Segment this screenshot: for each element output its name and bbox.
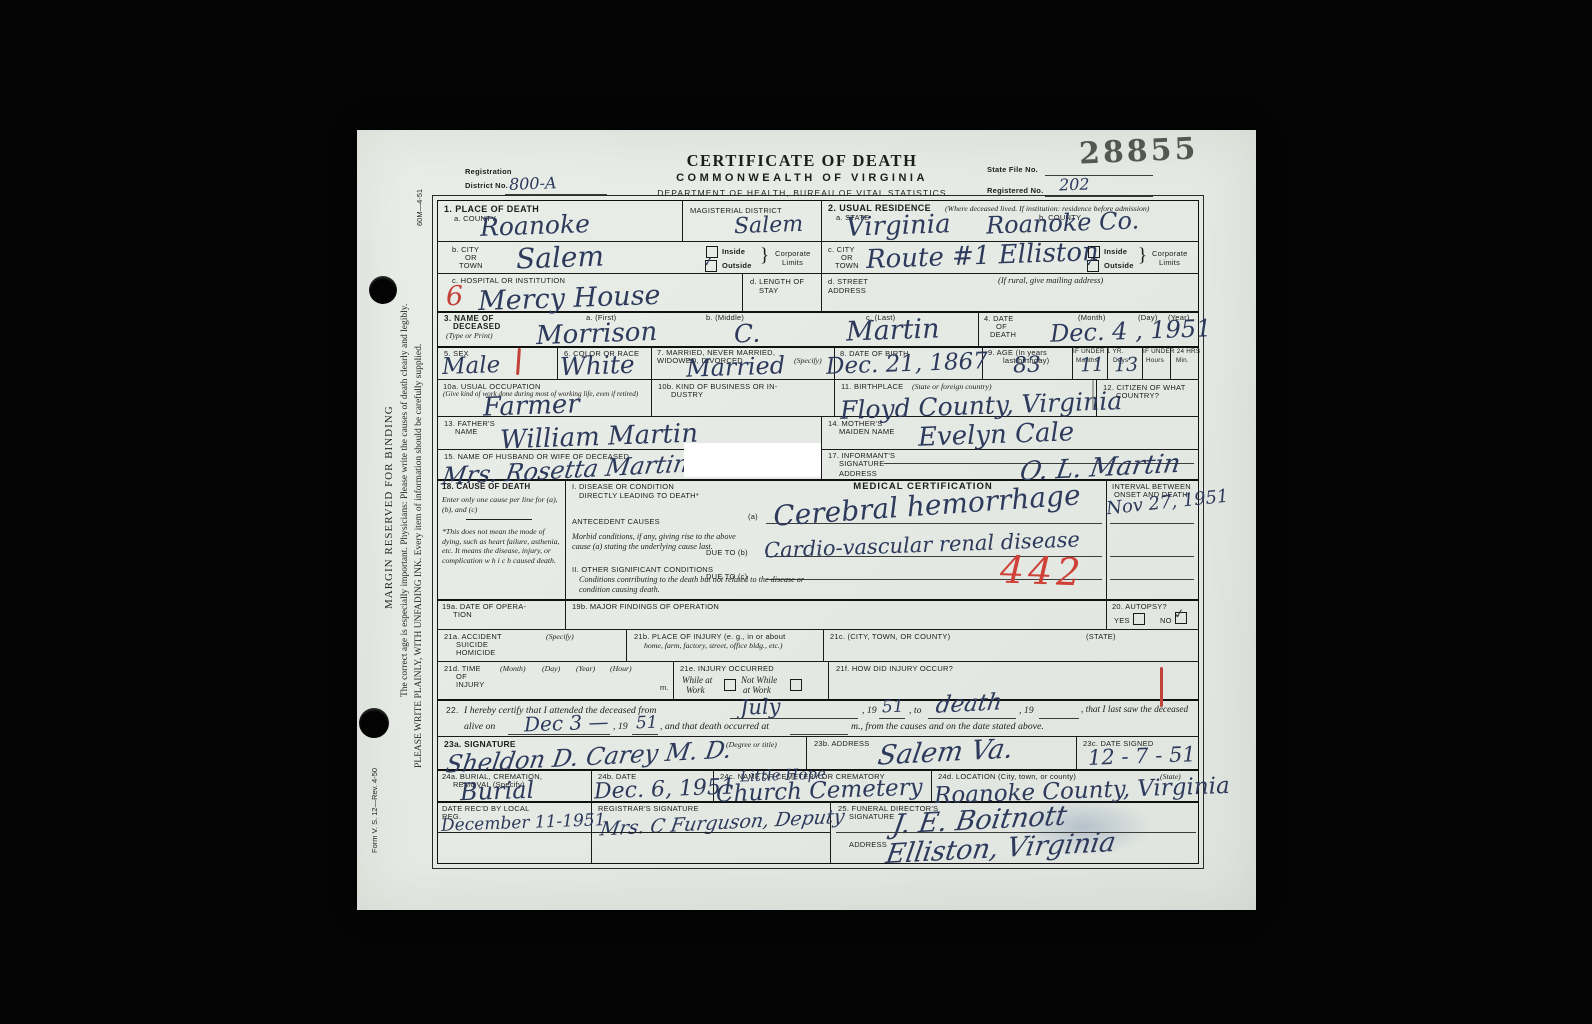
certify-to-value: death [934, 689, 1004, 719]
date-of-operation-label2: TION [453, 610, 472, 619]
punch-hole-top [369, 276, 397, 304]
date-of-death-label3: DEATH [990, 330, 1016, 339]
certify-text5: , that I last saw the deceased [1081, 705, 1188, 717]
certify-alive-value: Dec 3 — [524, 710, 609, 737]
physician-address-value: Salem Va. [876, 733, 1016, 771]
antecedent-causes-label: ANTECEDENT CAUSES [572, 517, 660, 526]
city-label-town: TOWN [459, 261, 483, 270]
county-value: Roanoke [480, 209, 591, 242]
residence-outside-checkmark: ✓ [1084, 254, 1097, 270]
how-injury-label: 21f. HOW DID INJURY OCCUR? [836, 664, 953, 673]
sex-value: Male [442, 352, 501, 380]
place-of-injury-label2: home, farm, factory, street, office bldg… [644, 641, 783, 651]
other-conditions-label: II. OTHER SIGNIFICANT CONDITIONS [572, 565, 713, 574]
punch-hole-bottom [359, 708, 389, 738]
residence-corporate-brace: } [1138, 245, 1147, 267]
certify-text4: , 19 [1019, 705, 1034, 717]
commonwealth-subtitle: COMMONWEALTH OF VIRGINIA [627, 172, 977, 185]
burial-value: Burial [460, 776, 535, 807]
place-of-injury-label1: 21b. PLACE OF INJURY (e. g., in or about [634, 632, 785, 641]
margin-instruction-line2: The correct age is especially important.… [400, 138, 414, 862]
death-certificate-document: 60M—4-51 PLEASE WRITE PLAINLY, WITH UNFA… [357, 130, 1256, 910]
race-value: White [560, 350, 636, 382]
certify-year3-line [632, 734, 658, 735]
length-of-stay-label2: STAY [759, 286, 778, 295]
outside-checkmark: ✓ [702, 254, 715, 270]
code-442-mark: 442 [999, 548, 1085, 595]
autopsy-no-label: NO [1160, 616, 1172, 625]
city-value: Salem [515, 239, 604, 275]
injury-year-label: (Year) [576, 664, 595, 674]
certify-text8: , and that death occurred at [660, 721, 769, 733]
residence-state-value: Virginia [846, 209, 952, 243]
interval-line-a [1110, 523, 1194, 524]
registration-label: Registration [465, 167, 512, 176]
certify-year3-value: 51 [636, 713, 658, 734]
injury-hour-label: (Hour) [610, 664, 632, 674]
injury-month-label: (Month) [500, 664, 526, 674]
magisterial-district-value: Salem [734, 212, 804, 239]
under-24hrs-label: IF UNDER 24 HRS [1143, 348, 1200, 356]
name-of-deceased-note: (Type or Print) [446, 331, 493, 341]
degree-or-title-note: (Degree or title) [726, 740, 777, 750]
autopsy-label: 20. AUTOPSY? [1112, 602, 1167, 611]
cause-a-label: (a) [748, 512, 758, 521]
burial-date-value: Dec. 6, 1951 [594, 775, 736, 805]
informant-label2: SIGNATURE [839, 459, 884, 468]
injury-day-label: (Day) [542, 664, 560, 674]
time-of-injury-label3: INJURY [456, 680, 484, 689]
days-value: 13 [1114, 354, 1139, 377]
residence-limits-label: Limits [1159, 258, 1180, 267]
certify-year1-value: 51 [882, 697, 904, 718]
certify-occurred-line [790, 734, 848, 735]
autopsy-no-checkmark: ✓ [1173, 606, 1186, 622]
disease-condition-label1: I. DISEASE OR CONDITION [572, 482, 674, 491]
injury-city-label: 21c. (CITY, TOWN, OR COUNTY) [830, 632, 950, 641]
major-findings-label: 19b. MAJOR FINDINGS OF OPERATION [572, 602, 719, 611]
months-value: 11 [1080, 354, 1105, 377]
certificate-title: CERTIFICATE OF DEATH [657, 151, 947, 171]
registered-no-value: 202 [1059, 174, 1090, 194]
district-no-value: 800-A [509, 173, 557, 194]
father-label2: NAME [455, 427, 478, 436]
residence-corporate-label: Corporate [1152, 249, 1188, 258]
residence-outside-label: Outside [1104, 261, 1134, 270]
disease-condition-label2: DIRECTLY LEADING TO DEATH* [579, 491, 699, 500]
certify-to-line [928, 718, 1016, 719]
certify-year2-line [1039, 718, 1079, 719]
residence-inside-label: Inside [1104, 247, 1127, 256]
hours-label: Hours [1146, 357, 1164, 365]
due-to-b-label: DUE TO (b) [706, 548, 748, 557]
citizen-pencil-mark [1092, 380, 1094, 410]
citizen-label2: COUNTRY? [1116, 391, 1159, 400]
injury-red-mark [1160, 667, 1163, 707]
file-number-stamp: 28855 [1078, 131, 1199, 171]
residence-county-value: Roanoke Co. [986, 206, 1140, 239]
while-at-work-checkbox [724, 679, 736, 691]
mother-label2: MAIDEN NAME [839, 427, 895, 436]
certify-from-line [730, 718, 858, 719]
age-value: 83 [1013, 353, 1042, 379]
length-of-stay-label1: d. LENGTH OF [750, 277, 804, 286]
certify-text7: , 19 [613, 721, 628, 733]
cause-note-divider [466, 519, 532, 520]
certify-from-value: July [740, 694, 781, 719]
street-address-note: (If rural, give mailing address) [998, 275, 1103, 286]
informant-address-label: ADDRESS [839, 469, 877, 478]
margin-print-code: 60M—4-51 [415, 165, 428, 250]
injury-occurred-label: 21e. INJURY OCCURRED [680, 664, 774, 673]
margin-form-number: Form V. S. 12—Rev. 4-50 [370, 755, 383, 865]
outside-label: Outside [722, 261, 752, 270]
funeral-address-label: ADDRESS [849, 840, 887, 849]
mother-value: Evelyn Cale [918, 417, 1075, 452]
margin-instruction-line1: PLEASE WRITE PLAINLY, WITH UNFADING INK.… [414, 250, 428, 862]
redaction-box [684, 443, 821, 477]
cause-of-death-note1: Enter only one cause per line for (a), (… [442, 495, 558, 514]
screenshot-background: 60M—4-51 PLEASE WRITE PLAINLY, WITH UNFA… [0, 0, 1592, 1024]
registrar-line [438, 832, 830, 833]
sex-red-mark [516, 348, 520, 375]
corporate-label: Corporate [775, 249, 811, 258]
autopsy-yes-label: YES [1114, 616, 1130, 625]
certify-number: 22. [446, 705, 459, 715]
certify-text6: alive on [464, 721, 495, 733]
certify-year1-line [879, 718, 905, 719]
marital-specify-note: (Specify) [794, 356, 822, 366]
autopsy-yes-checkbox [1133, 613, 1145, 625]
residence-city-value: Route #1 Elliston [866, 237, 1100, 275]
certify-text3: , to [909, 705, 922, 717]
limits-label: Limits [782, 258, 803, 267]
cause-of-death-title: 18. CAUSE OF DEATH [442, 482, 530, 492]
marital-value: Married [686, 351, 786, 382]
accident-specify-note: (Specify) [546, 632, 574, 642]
certify-alive-line [508, 734, 610, 735]
certify-text9: m., from the causes and on the date stat… [851, 721, 1044, 733]
date-of-death-value: Dec. 4 , 1951 [1050, 314, 1212, 348]
certify-text2: , 19 [862, 705, 877, 717]
accident-label3: HOMICIDE [456, 648, 496, 657]
cause-of-death-note2: *This does not mean the mode of dying, s… [442, 527, 560, 566]
interval-line-b [1110, 556, 1194, 557]
district-no-label: District No. [465, 181, 508, 190]
inside-label: Inside [722, 247, 745, 256]
business-label2: DUSTRY [671, 390, 703, 399]
other-conditions-note: Conditions contributing to the death but… [579, 575, 814, 596]
injury-state-label: (STATE) [1086, 632, 1116, 641]
hospital-value: Mercy House [478, 280, 661, 317]
form-grid: 1. PLACE OF DEATH a. COUNTY Roanoke MAGI… [437, 200, 1199, 864]
occupation-value: Farmer [483, 389, 581, 422]
state-file-label: State File No. [987, 165, 1038, 174]
street-address-label1: d. STREET [828, 277, 868, 286]
margin-binding-text: MARGIN RESERVED FOR BINDING [383, 385, 400, 630]
registered-no-label: Registered No. [987, 186, 1043, 195]
physician-address-label: 23b. ADDRESS [814, 739, 870, 748]
dob-value: Dec. 21, 1867 [826, 348, 989, 380]
last-name-value: Martin [845, 313, 940, 347]
middle-name-value: C. [734, 319, 761, 349]
hospital-red-mark: 6 [445, 281, 463, 313]
funeral-director-label2: SIGNATURE [849, 812, 894, 821]
corporate-brace: } [760, 245, 769, 267]
interval-line-c [1110, 579, 1194, 580]
injury-m-label: m. [660, 683, 669, 692]
registrar-signature-label: REGISTRAR'S SIGNATURE [598, 804, 699, 813]
while-at-work-label2: Work [686, 685, 705, 696]
street-address-label2: ADDRESS [828, 286, 866, 295]
birthplace-label: 11. BIRTHPLACE [841, 382, 903, 391]
min-label: Min. [1176, 357, 1189, 365]
first-name-value: Morrison [536, 317, 658, 351]
date-signed-value: 12 - 7 - 51 [1088, 742, 1196, 770]
residence-city-town: TOWN [835, 261, 859, 270]
not-while-checkbox [790, 679, 802, 691]
